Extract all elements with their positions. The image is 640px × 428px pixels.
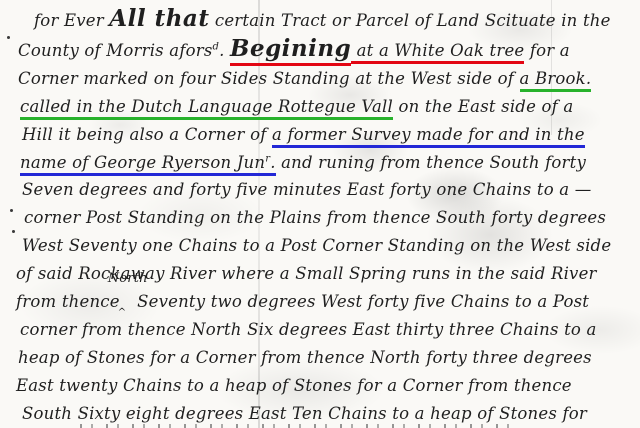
handwritten-text-block: for Ever All that certain Tract or Parce… — [0, 5, 640, 428]
text-line: of said Rockaway River where a Small Spr… — [0, 260, 640, 288]
text-segment: Seventy two degrees West forty five Chai… — [132, 292, 589, 312]
highlighted-phrase-blue: name of George Ryerson Junr. — [20, 153, 276, 176]
text-line: name of George Ryerson Junr. and runing … — [0, 149, 640, 177]
text-segment: heap of Stones for a Corner from thence … — [18, 348, 592, 368]
text-line: from thenceNorth^ Seventy two degrees We… — [0, 288, 640, 316]
text-segment: corner from thence North Six degrees Eas… — [20, 320, 597, 340]
superscript: r — [265, 153, 270, 164]
highlighted-phrase-green: called in the Dutch Language Rottegue Va… — [20, 97, 393, 120]
text-segment: South Sixty eight degrees East Ten Chain… — [22, 404, 587, 424]
text-segment: from thenceNorth^ — [16, 292, 132, 312]
text-line: called in the Dutch Language Rottegue Va… — [0, 93, 640, 121]
text-segment: West Seventy one Chains to a Post Corner… — [22, 236, 611, 256]
text-segment: for a — [524, 41, 569, 61]
text-segment: for Ever — [34, 11, 109, 31]
text-segment: All that — [109, 5, 209, 33]
text-segment: and runing from thence South forty — [276, 153, 586, 173]
text-segment: of said Rockaway River where a Small Spr… — [16, 264, 597, 284]
text-line: Seven degrees and forty five minutes Eas… — [0, 176, 640, 204]
highlighted-phrase-green: a Brook. — [520, 69, 592, 92]
text-line: Hill it being also a Corner of a former … — [0, 121, 640, 149]
text-line: County of Morris aforsd. Begining at a W… — [0, 35, 640, 65]
text-segment: corner Post Standing on the Plains from … — [24, 208, 606, 228]
text-line: corner Post Standing on the Plains from … — [0, 204, 640, 232]
interline-insertion: North^ — [120, 291, 132, 308]
cutoff-line-fragment — [80, 424, 520, 428]
text-segment: East twenty Chains to a heap of Stones f… — [16, 376, 572, 396]
highlighted-phrase-blue: a former Survey made for and in the — [272, 125, 585, 148]
highlighted-phrase-red: at a White Oak tree — [351, 41, 524, 64]
text-segment: Hill it being also a Corner of — [22, 125, 272, 145]
text-segment: Seven degrees and forty five minutes Eas… — [22, 180, 591, 200]
text-line: heap of Stones for a Corner from thence … — [0, 344, 640, 372]
text-line: Corner marked on four Sides Standing at … — [0, 65, 640, 93]
text-line: West Seventy one Chains to a Post Corner… — [0, 232, 640, 260]
inserted-word: North — [108, 265, 148, 293]
document-page: for Ever All that certain Tract or Parce… — [0, 0, 640, 428]
text-segment: on the East side of a — [393, 97, 573, 117]
text-segment: Corner marked on four Sides Standing at … — [18, 69, 520, 89]
margin-dot — [12, 230, 15, 233]
margin-dot — [10, 209, 13, 212]
caret-mark: ^ — [118, 299, 127, 327]
text-segment: County of Morris aforsd. — [18, 41, 230, 61]
highlighted-phrase-red: Begining — [230, 35, 351, 66]
text-segment: certain Tract or Parcel of Land Scituate… — [209, 11, 610, 31]
text-line: corner from thence North Six degrees Eas… — [0, 316, 640, 344]
text-line: East twenty Chains to a heap of Stones f… — [0, 372, 640, 400]
superscript: d — [213, 41, 220, 52]
text-line: for Ever All that certain Tract or Parce… — [0, 5, 640, 35]
margin-dot — [7, 36, 10, 39]
